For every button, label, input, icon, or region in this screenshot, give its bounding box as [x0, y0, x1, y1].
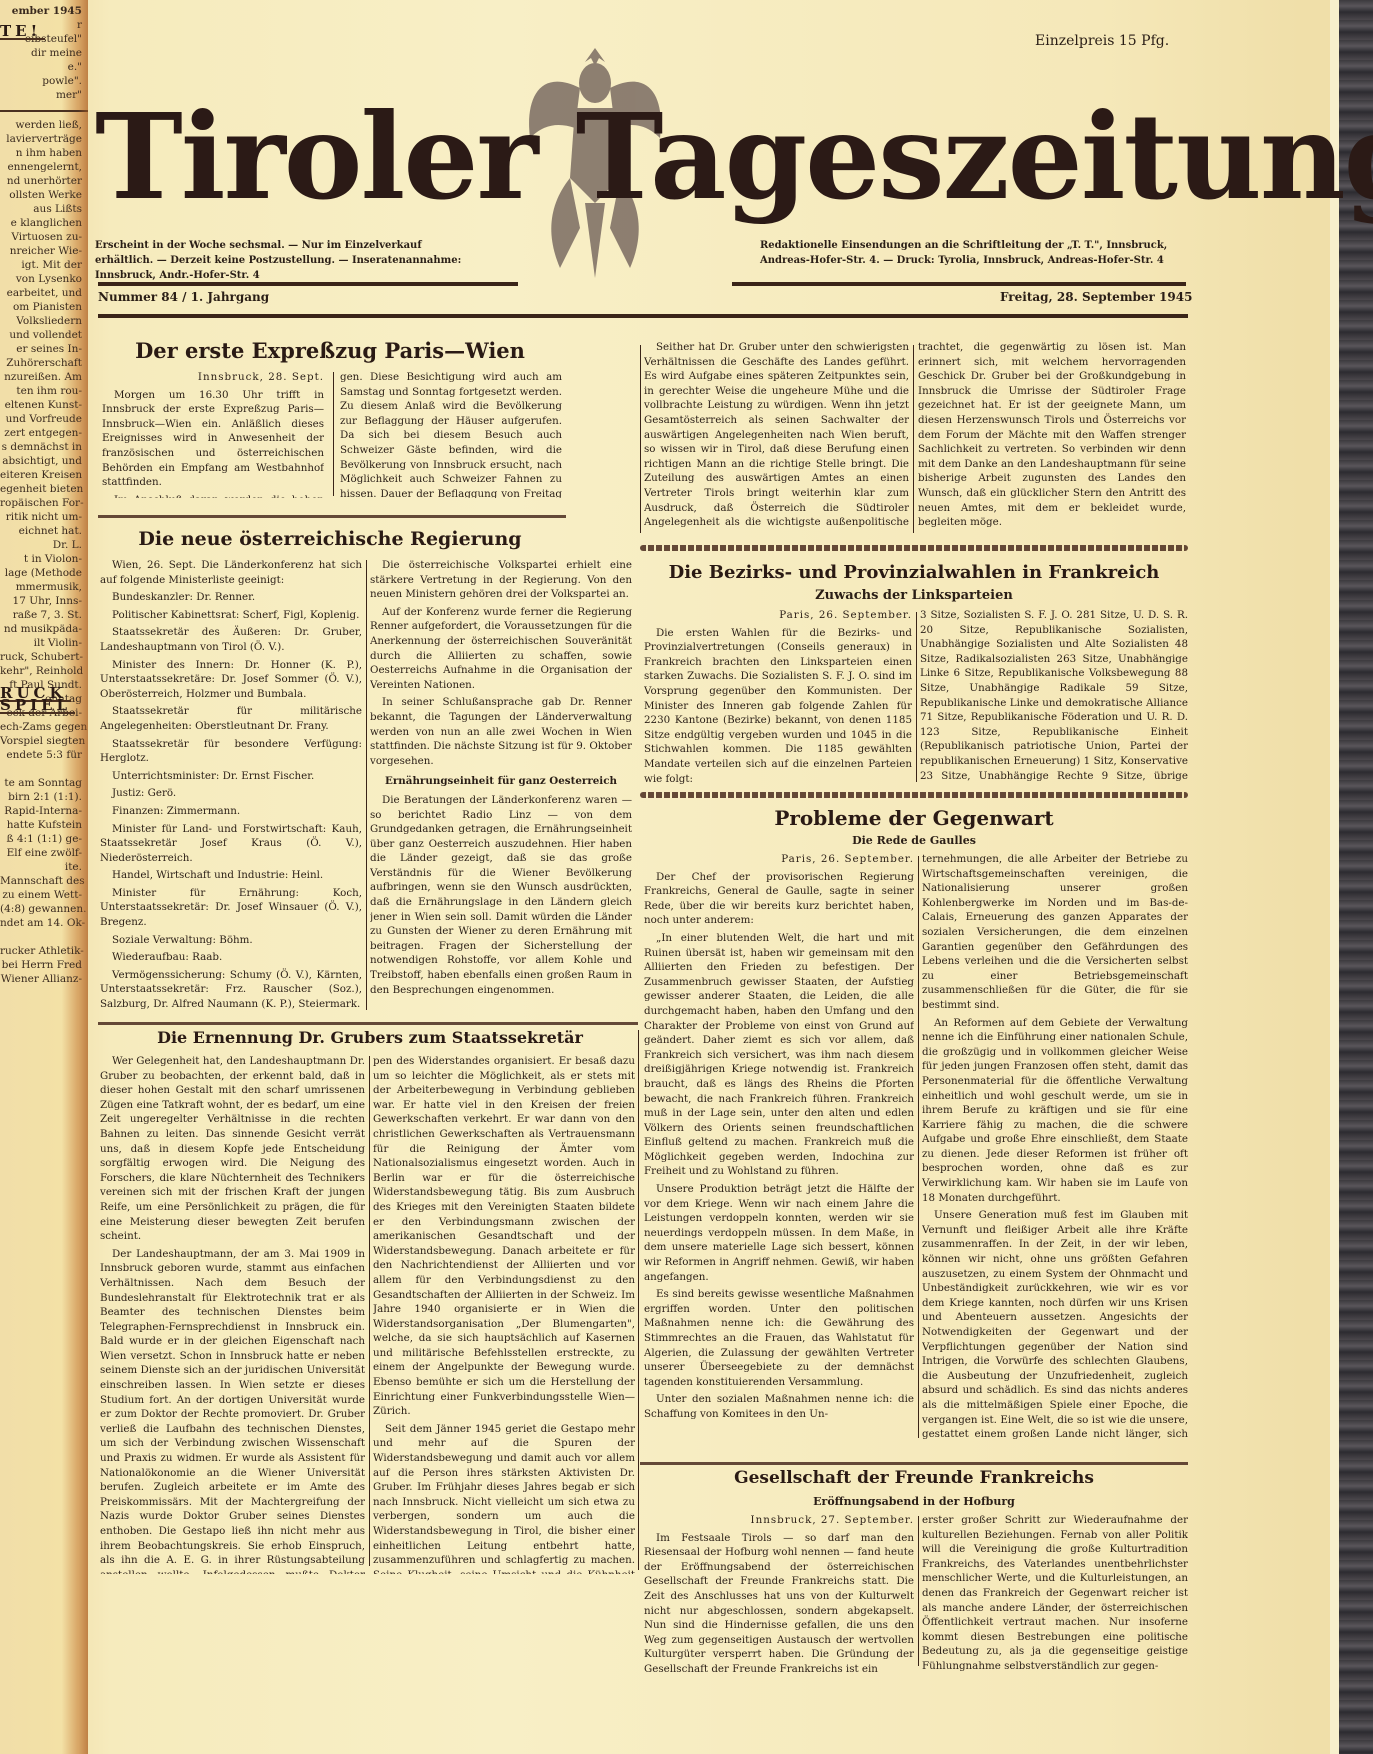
paragraph: erster großer Schritt zur Wiederaufnahme…	[922, 1513, 1188, 1673]
single-copy-price: Einzelpreis 15 Pfg.	[1035, 33, 1169, 49]
masthead-rule	[732, 282, 1186, 286]
headline-regierung: Die neue österreichische Regierung	[100, 528, 560, 550]
paragraph: Staatssekretär für militärische Angelege…	[100, 704, 362, 733]
editorial-info: Redaktionelle Einsendungen an die Schrif…	[760, 238, 1180, 268]
paragraph: Unterrichtsminister: Dr. Ernst Fischer.	[100, 769, 362, 784]
paragraph: Justiz: Gerö.	[100, 786, 362, 801]
paragraph: Es sind bereits gewisse wesentliche Maßn…	[644, 1287, 914, 1389]
text-line: om Pianisten	[0, 300, 88, 314]
article-express-col2: gen. Diese Besichtigung wird auch am Sam…	[340, 370, 562, 498]
paragraph: An Reformen auf dem Gebiete der Verwaltu…	[922, 1016, 1188, 1206]
paragraph: 3 Sitze, Sozialisten S. F. J. O. 281 Sit…	[920, 608, 1188, 784]
newspaper-title: Tiroler Tageszeitung	[95, 82, 1195, 232]
article-regierung-col2: Die österreichische Volkspartei erhielt …	[370, 558, 632, 1018]
paragraph: Wien, 26. Sept. Die Länderkonferenz hat …	[100, 558, 362, 587]
article-wahlen-col2: 3 Sitze, Sozialisten S. F. J. O. 281 Sit…	[920, 608, 1188, 784]
headline-ernennung: Die Ernennung Dr. Grubers zum Staatssekr…	[100, 1028, 640, 1047]
text-line: powle".	[0, 74, 88, 88]
text-line	[0, 762, 88, 776]
text-line: earbeitet, und	[0, 286, 88, 300]
dateline: Innsbruck, 27. September.	[644, 1513, 914, 1528]
article-probleme-col1: Paris, 26. September. Der Chef der provi…	[644, 852, 914, 1440]
column-rule	[640, 345, 641, 533]
paragraph: Handel, Wirtschaft und Industrie: Heinl.	[100, 868, 362, 883]
column-rule	[638, 1030, 639, 1570]
text-line: Dr. L.	[0, 538, 88, 552]
text-line: ndet am 14. Ok-	[0, 916, 88, 930]
text-line: ß 4:1 (1:1) ge-	[0, 832, 88, 846]
paragraph: Soziale Verwaltung: Böhm.	[100, 933, 362, 948]
text-line: zu einem Wett-	[0, 888, 88, 902]
text-line: endete 5:3 für	[0, 748, 88, 762]
text-line: rucker Athletik-	[0, 944, 88, 958]
article-ernennung-col2: pen des Widerstandes organisiert. Er bes…	[373, 1054, 635, 1574]
dateline: Paris, 26. September.	[644, 608, 912, 623]
paragraph: Minister des Innern: Dr. Honner (K. P.),…	[100, 658, 362, 702]
text-line: ollsten Werke	[0, 188, 88, 202]
paragraph: In seiner Schlußansprache gab Dr. Renner…	[370, 695, 632, 768]
divider	[98, 515, 566, 518]
paragraph: Staatssekretär für besondere Verfügung: …	[100, 737, 362, 766]
dateline: Innsbruck, 28. Sept.	[102, 370, 324, 385]
text-line: aus Lißts	[0, 202, 88, 216]
text-line: te am Sonntag	[0, 776, 88, 790]
text-line: und Vorfreude	[0, 412, 88, 426]
subheadline-gesellschaft: Eröffnungsabend in der Hofburg	[640, 1495, 1188, 1508]
headline-probleme: Probleme der Gegenwart	[640, 806, 1188, 830]
paragraph: Auf der Konferenz wurde ferner die Regie…	[370, 605, 632, 693]
text-line: Virtuosen zu-	[0, 230, 88, 244]
paragraph: Minister für Ernährung: Koch, Unterstaat…	[100, 886, 362, 930]
text-line: igt. Mit der	[0, 258, 88, 272]
newspaper-page: ember 1945 TE! reibsteufel"dir meinee."p…	[0, 0, 1373, 1754]
article-wahlen-col1: Paris, 26. September. Die ersten Wahlen …	[644, 608, 912, 784]
prev-page-text-block: werden ließ,lavierverträgen ihm habenenn…	[0, 118, 88, 664]
text-line: ech-Zams gegen	[0, 720, 88, 734]
text-line: (4:8) gewannen.	[0, 902, 88, 916]
headline-express: Der erste Expreßzug Paris—Wien	[100, 338, 560, 363]
text-line: nzureißen. Am	[0, 370, 88, 384]
text-line	[0, 930, 88, 944]
issue-date: Freitag, 28. September 1945	[1000, 290, 1192, 304]
text-line: eichnet hat.	[0, 524, 88, 538]
headline-wahlen: Die Bezirks- und Provinzialwahlen in Fra…	[640, 562, 1188, 583]
paragraph: pen des Widerstandes organisiert. Er bes…	[373, 1054, 635, 1419]
previous-page-strip: ember 1945 TE! reibsteufel"dir meinee."p…	[0, 0, 88, 1754]
paragraph: Bundeskanzler: Dr. Renner.	[100, 590, 362, 605]
text-line: t in Violon-	[0, 552, 88, 566]
text-line: ten ihm rou-	[0, 384, 88, 398]
text-line: ritik nicht um-	[0, 510, 88, 524]
column-rule	[333, 372, 334, 496]
divider	[0, 106, 88, 112]
article-regierung-col1: Wien, 26. Sept. Die Länderkonferenz hat …	[100, 558, 362, 1018]
paragraph: trachtet, die gegenwärtig zu lösen ist. …	[918, 340, 1186, 530]
text-line: lage (Methode	[0, 566, 88, 580]
divider	[640, 1462, 1188, 1465]
text-line: raße 7, 3. St.	[0, 608, 88, 622]
paragraph: Minister für Land- und Forstwirtschaft: …	[100, 822, 362, 866]
text-line: Vorspiel siegten	[0, 734, 88, 748]
wavy-divider	[640, 545, 1188, 551]
text-line: Wiener Allianz-	[0, 972, 88, 986]
text-line: Volksliedern	[0, 314, 88, 328]
text-line: ruck, Schubert-	[0, 650, 88, 664]
text-line: e klanglichen	[0, 216, 88, 230]
divider	[98, 1022, 638, 1025]
text-line: n ihm haben	[0, 146, 88, 160]
prev-page-text-block: onntageck der Arbei-ech-Zams gegenVorspi…	[0, 692, 88, 986]
text-line: Elf eine zwölf-	[0, 846, 88, 860]
text-line: 17 Uhr, Inns-	[0, 594, 88, 608]
paragraph: Politischer Kabinettsrat: Scherf, Figl, …	[100, 608, 362, 623]
column-rule	[918, 856, 919, 1438]
text-line: Rapid-Interna-	[0, 804, 88, 818]
paragraph: Der Chef der provisorischen Regierung Fr…	[644, 870, 914, 928]
paragraph: Staatssekretär des Äußeren: Dr. Gruber, …	[100, 625, 362, 654]
text-line: zert entgegen-	[0, 426, 88, 440]
paragraph: Im Festsaale Tirols — so darf man den Ri…	[644, 1531, 914, 1673]
paragraph: Morgen um 16.30 Uhr trifft in Innsbruck …	[102, 388, 324, 490]
column-rule	[913, 345, 914, 533]
text-line: mer"	[0, 88, 88, 102]
text-line: ite.	[0, 860, 88, 874]
dateline: Paris, 26. September.	[644, 852, 914, 867]
paragraph: gen. Diese Besichtigung wird auch am Sam…	[340, 370, 562, 498]
text-line: e."	[0, 60, 88, 74]
paragraph: Unter den sozialen Maßnahmen nenne ich: …	[644, 1392, 914, 1421]
text-line: s demnächst in	[0, 440, 88, 454]
text-line: eiteren Kreisen	[0, 468, 88, 482]
wavy-divider	[640, 792, 1188, 798]
column-rule	[918, 1516, 919, 1666]
column-rule	[916, 612, 917, 782]
article-ernennung-col1: Wer Gelegenheit hat, den Landeshauptmann…	[100, 1054, 365, 1574]
text-line: werden ließ,	[0, 118, 88, 132]
book-binding	[1339, 0, 1373, 1754]
text-line: absichtigt, und	[0, 454, 88, 468]
text-line: hatte Kufstein	[0, 818, 88, 832]
text-line: Mannschaft des	[0, 874, 88, 888]
article-probleme-col2: ternehmungen, die alle Arbeiter der Betr…	[922, 852, 1188, 1440]
paragraph: Finanzen: Zimmermann.	[100, 804, 362, 819]
headline-gesellschaft: Gesellschaft der Freunde Frankreichs	[640, 1468, 1188, 1488]
paragraph: Unsere Produktion beträgt jetzt die Hälf…	[644, 1182, 914, 1284]
paragraph: Die Beratungen der Länderkonferenz waren…	[370, 793, 632, 997]
article-gruber-continued-col1: Seither hat Dr. Gruber unter den schwier…	[644, 340, 909, 530]
text-line: nd unerhörter	[0, 174, 88, 188]
paragraph: Seither hat Dr. Gruber unter den schwier…	[644, 340, 909, 530]
subheadline-probleme: Die Rede de Gaulles	[640, 834, 1188, 847]
text-line: eltenen Kunst-	[0, 398, 88, 412]
issue-number: Nummer 84 / 1. Jahrgang	[98, 290, 269, 304]
masthead-rule	[98, 282, 518, 286]
paragraph: Vermögenssicherung: Schumy (Ö. V.), Kärn…	[100, 968, 362, 1012]
text-line: von Lysenko	[0, 272, 88, 286]
page-fold-shadow	[78, 0, 88, 1754]
subheadline-wahlen: Zuwachs der Linksparteien	[640, 588, 1188, 603]
article-gesellschaft-col1: Innsbruck, 27. September. Im Festsaale T…	[644, 1513, 914, 1673]
text-line: egenheit bieten	[0, 482, 88, 496]
paragraph: Wiederaufbau: Raab.	[100, 950, 362, 965]
text-line: nd musikpäda-	[0, 622, 88, 636]
prev-page-date: ember 1945	[0, 4, 88, 18]
publication-info: Erscheint in der Woche sechsmal. — Nur i…	[95, 238, 475, 283]
article-gruber-continued-col2: trachtet, die gegenwärtig zu lösen ist. …	[918, 340, 1186, 530]
text-line: und vollendet	[0, 328, 88, 342]
paragraph: ternehmungen, die alle Arbeiter der Betr…	[922, 852, 1188, 1013]
subheadline: Ernährungseinheit für ganz Oesterreich	[370, 774, 632, 789]
prev-page-heading: TE!	[0, 24, 45, 40]
article-gesellschaft-col2: erster großer Schritt zur Wiederaufnahme…	[922, 1513, 1188, 1673]
prev-page-heading: SPIEL	[0, 698, 75, 714]
paragraph: Wer Gelegenheit hat, den Landeshauptmann…	[100, 1054, 365, 1244]
text-line: lavierverträge	[0, 132, 88, 146]
text-line: ropäischen For-	[0, 496, 88, 510]
text-line: Zuhörerschaft	[0, 356, 88, 370]
paragraph: Unsere Generation muß fest im Glauben mi…	[922, 1208, 1188, 1440]
text-line: dir meine	[0, 46, 88, 60]
masthead-rule	[98, 314, 1188, 318]
text-line: kehr", Reinhold	[0, 664, 88, 678]
text-line: bei Herrn Fred	[0, 958, 88, 972]
text-line: nreicher Wie-	[0, 244, 88, 258]
text-line: mmermusik,	[0, 580, 88, 594]
article-express-col1: Innsbruck, 28. Sept. Morgen um 16.30 Uhr…	[102, 370, 324, 498]
paragraph: „In einer blutenden Welt, die hart und m…	[644, 931, 914, 1179]
text-line: er seines In-	[0, 342, 88, 356]
page-edge	[1330, 0, 1339, 1754]
paragraph: Der Landeshauptmann, der am 3. Mai 1909 …	[100, 1247, 365, 1574]
paragraph: Die ersten Wahlen für die Bezirks- und P…	[644, 626, 912, 784]
column-rule	[366, 560, 367, 1010]
text-line: ennengelernt,	[0, 160, 88, 174]
text-line: birn 2:1 (1:1).	[0, 790, 88, 804]
paragraph: Seit dem Jänner 1945 geriet die Gestapo …	[373, 1422, 635, 1574]
paragraph: Die österreichische Volkspartei erhielt …	[370, 558, 632, 602]
text-line: ilt Violin-	[0, 636, 88, 650]
paragraph: Im Anschluß daran werden die hohen Persö…	[102, 493, 324, 498]
column-rule	[369, 1056, 370, 1566]
